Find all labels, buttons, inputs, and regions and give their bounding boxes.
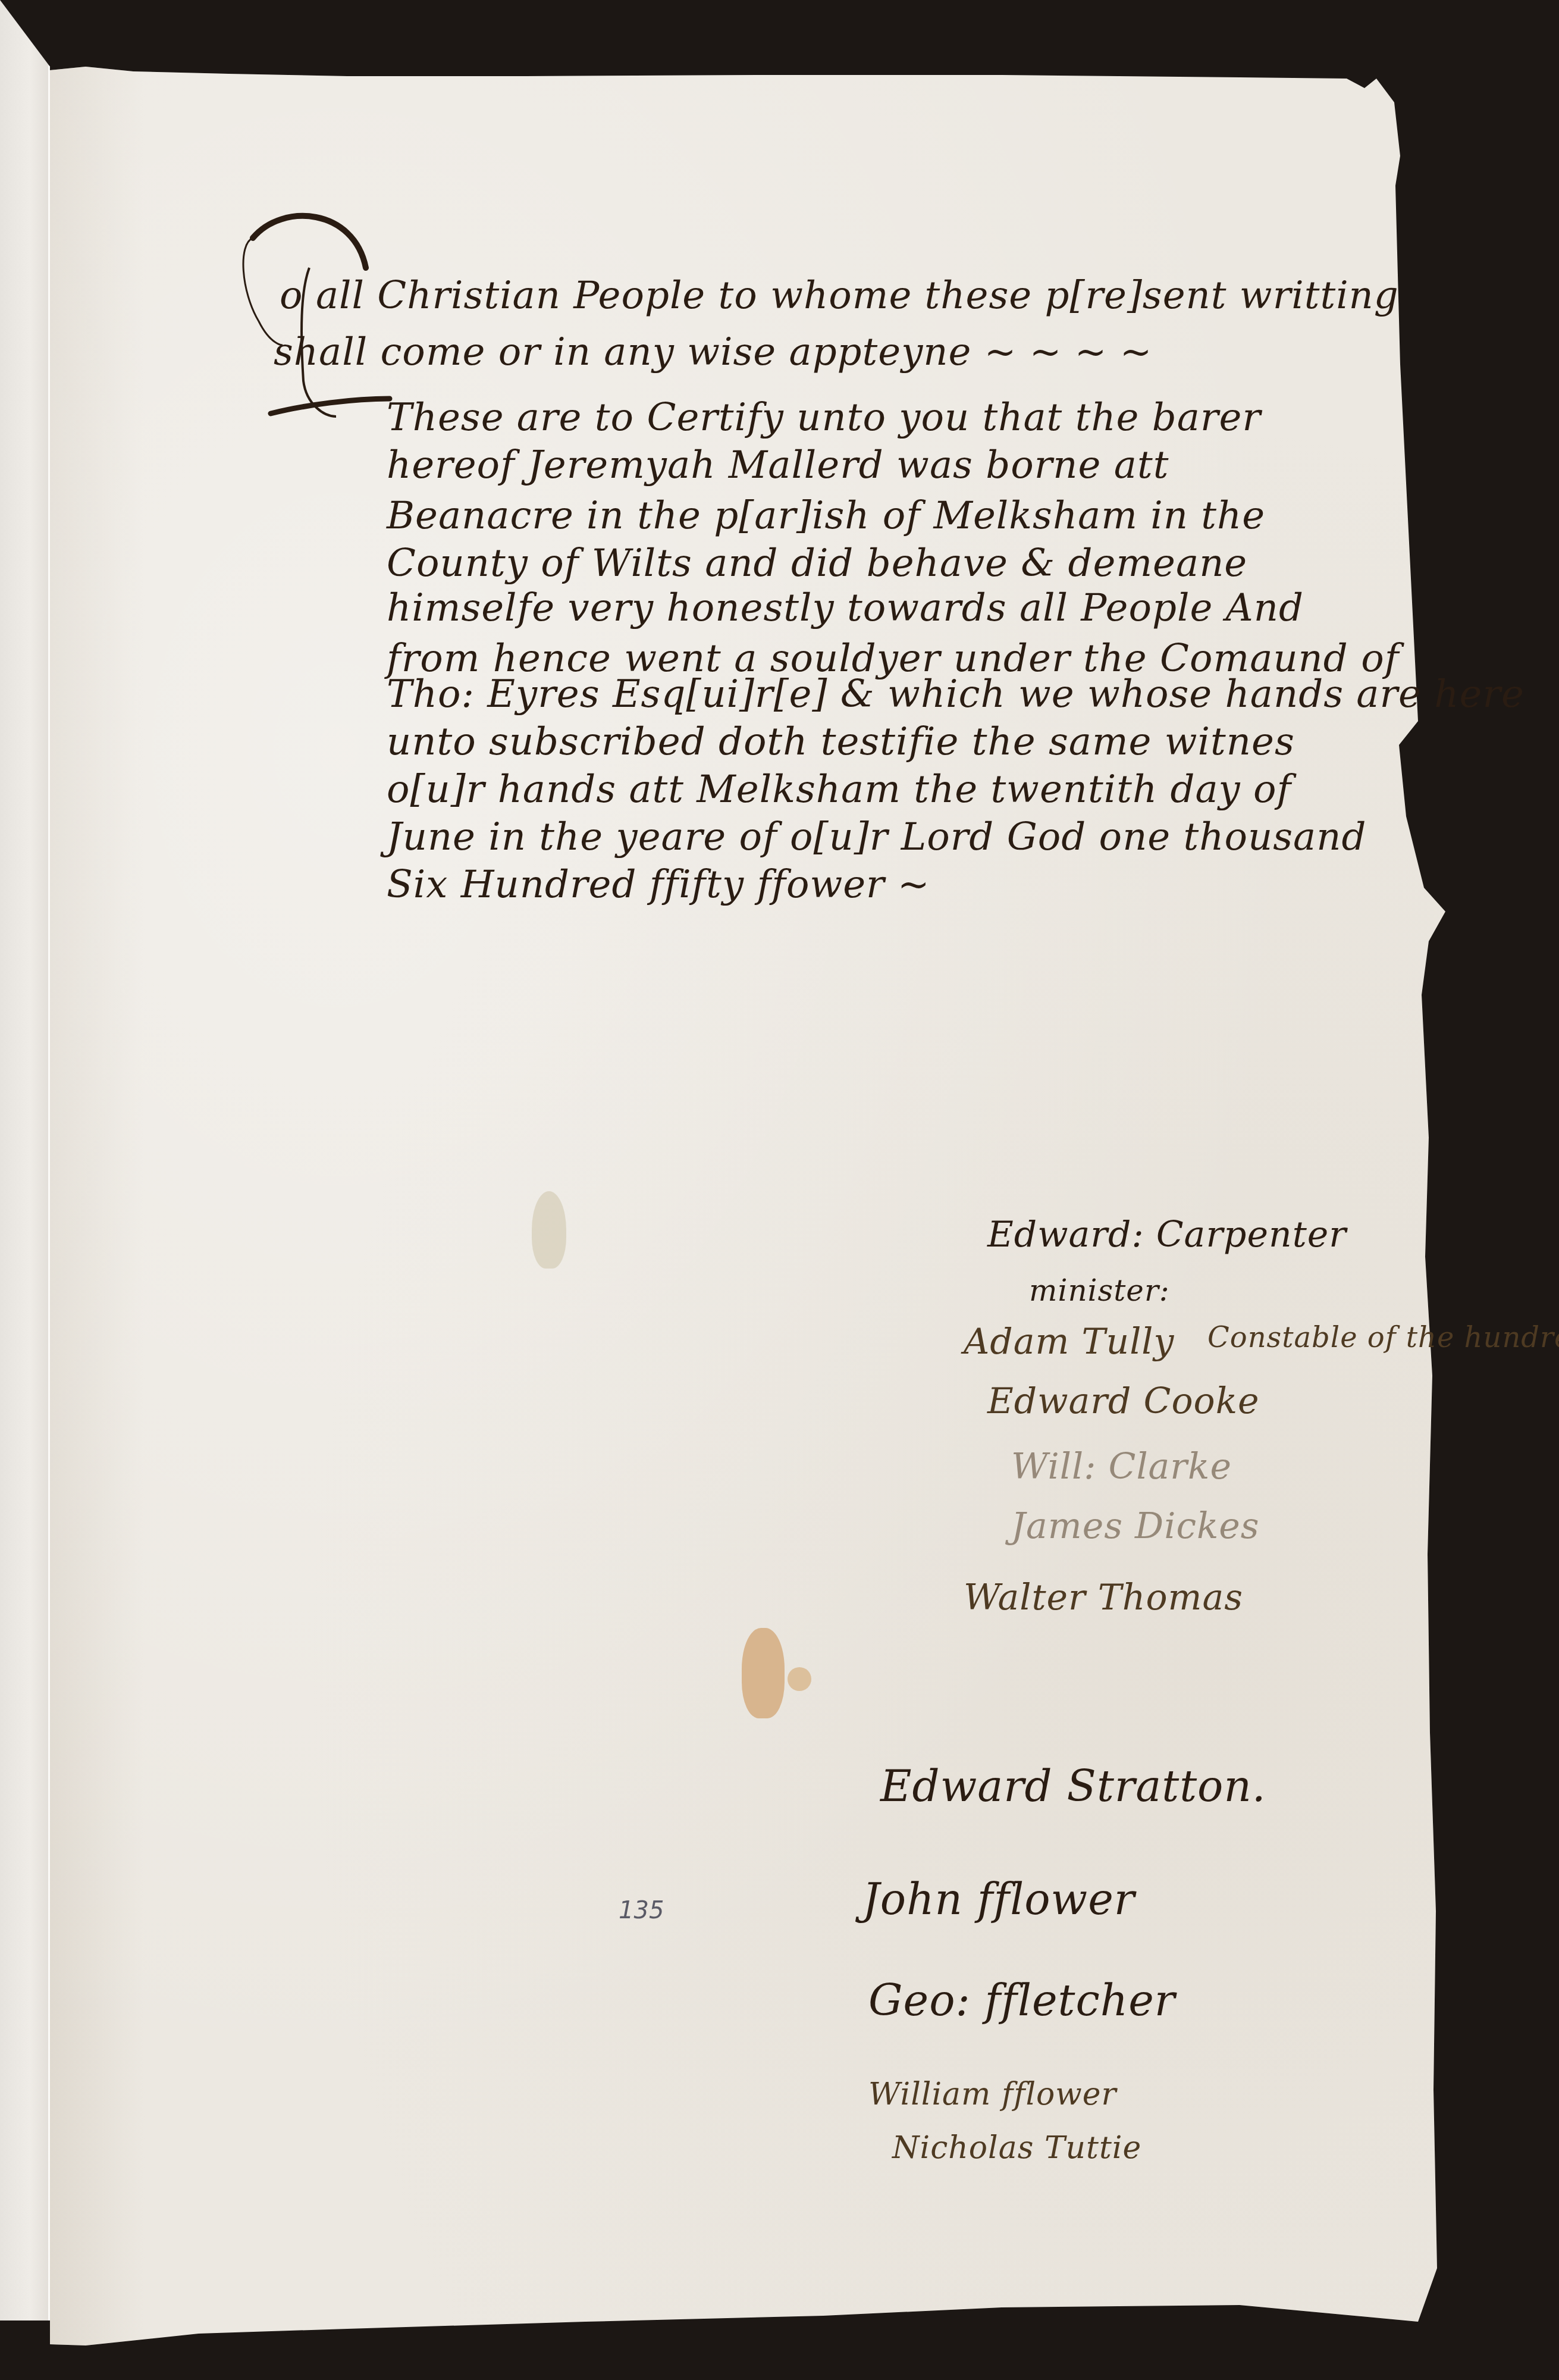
signature-role: Constable of the hundred <box>1207 1321 1559 1354</box>
body-line: Tho: Eyres Esq[ui]r[e] & which we whose … <box>387 672 1525 716</box>
signature-name: Geo: ffletcher <box>868 1975 1175 2025</box>
faint-stain <box>532 1191 566 1269</box>
wax-stain <box>742 1628 785 1718</box>
signature-name: Walter Thomas <box>964 1577 1243 1618</box>
folio-number: 135 <box>619 1897 664 1924</box>
signature-name: Nicholas Tuttie <box>892 2130 1141 2166</box>
signature-name: Adam Tully <box>964 1321 1174 1363</box>
signature-name: William fflower <box>868 2077 1116 2112</box>
wax-stain-small <box>788 1667 811 1691</box>
signature-name: James Dickes <box>1011 1505 1260 1547</box>
body-line: unto subscribed doth testifie the same w… <box>387 720 1295 764</box>
signature-role: minister: <box>1029 1273 1170 1308</box>
signature-name: Edward Stratton. <box>880 1761 1266 1811</box>
body-line: June in the yeare of o[u]r Lord God one … <box>387 815 1366 859</box>
body-line: hereof Jeremyah Mallerd was borne att <box>387 443 1169 487</box>
binding-strip <box>0 0 50 2320</box>
body-line: County of Wilts and did behave & demeane <box>387 541 1247 585</box>
body-line: o[u]r hands att Melksham the twentith da… <box>387 768 1291 812</box>
signature-name: Edward Cooke <box>987 1380 1260 1422</box>
body-line: o all Christian People to whome these p[… <box>280 274 1399 318</box>
body-line: himselfe very honestly towards all Peopl… <box>387 586 1304 630</box>
signature-name: Edward: Carpenter <box>987 1214 1347 1255</box>
body-line: Six Hundred ffifty ffower ~ <box>387 863 930 907</box>
body-line: These are to Certify unto you that the b… <box>387 396 1261 440</box>
body-line: Beanacre in the p[ar]ish of Melksham in … <box>387 494 1265 538</box>
signature-name: Will: Clarke <box>1011 1446 1232 1487</box>
body-line: shall come or in any wise appteyne ~ ~ ~… <box>274 330 1152 374</box>
signature-name: John fflower <box>862 1874 1135 1924</box>
